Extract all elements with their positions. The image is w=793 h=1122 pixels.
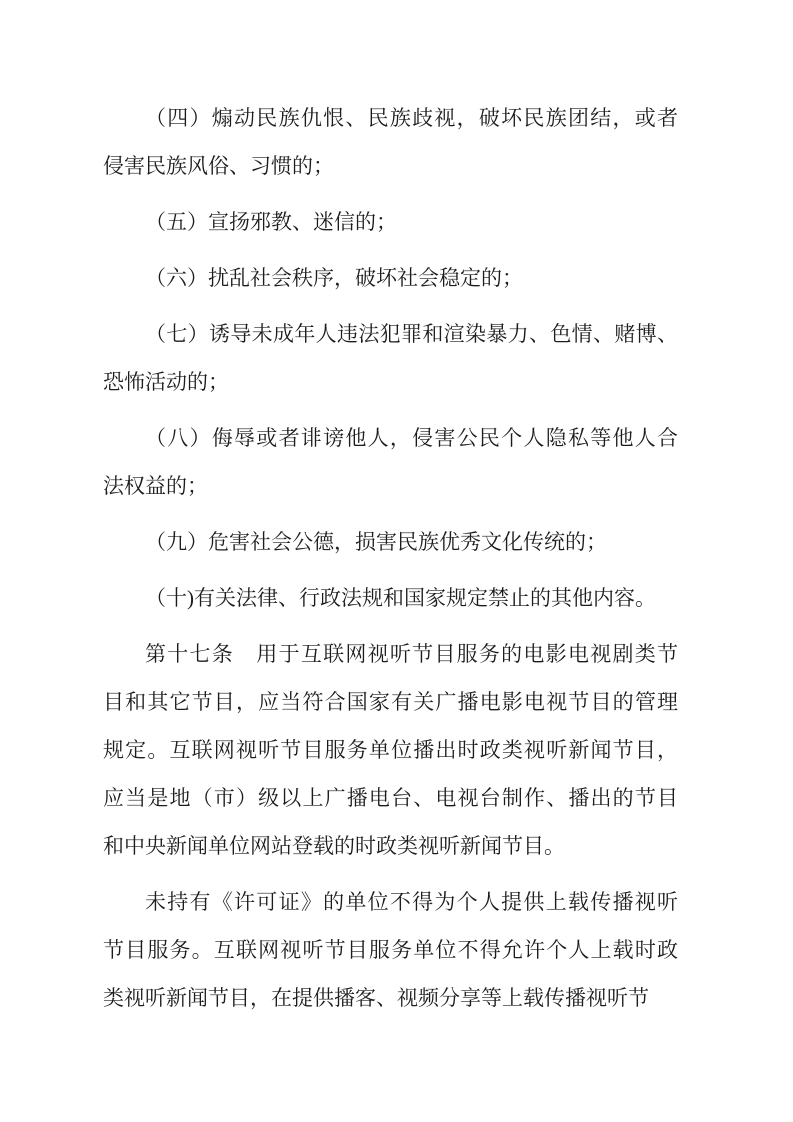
text-line: 节目服务。互联网视听节目服务单位不得允许个人上载时政 [103,926,678,974]
paragraph-clause-5: （五）宣扬邪教、迷信的； [103,198,678,246]
text-line: （八）侮辱或者诽谤他人，侵害公民个人隐私等他人合 [103,414,678,462]
document-body: （四）煽动民族仇恨、民族歧视，破坏民族团结，或者侵害民族风俗、习惯的；（五）宣扬… [103,94,678,1022]
paragraph-clause-7: （七）诱导未成年人违法犯罪和渲染暴力、色情、赌博、恐怖活动的； [103,310,678,406]
text-line: 未持有《许可证》的单位不得为个人提供上载传播视听 [103,878,678,926]
text-line: 恐怖活动的； [103,358,678,406]
paragraph-clause-8: （八）侮辱或者诽谤他人，侵害公民个人隐私等他人合法权益的； [103,414,678,510]
text-line: （五）宣扬邪教、迷信的； [103,198,678,246]
text-line: （四）煽动民族仇恨、民族歧视，破坏民族团结，或者 [103,94,678,142]
paragraph-upload-restriction: 未持有《许可证》的单位不得为个人提供上载传播视听节目服务。互联网视听节目服务单位… [103,878,678,1022]
text-line: 应当是地（市）级以上广播电台、电视台制作、播出的节目 [103,774,678,822]
paragraph-clause-4: （四）煽动民族仇恨、民族歧视，破坏民族团结，或者侵害民族风俗、习惯的； [103,94,678,190]
paragraph-clause-6: （六）扰乱社会秩序，破坏社会稳定的； [103,254,678,302]
text-line: （六）扰乱社会秩序，破坏社会稳定的； [103,254,678,302]
text-line: 侵害民族风俗、习惯的； [103,142,678,190]
text-line: （九）危害社会公德，损害民族优秀文化传统的； [103,518,678,566]
text-line: 和中央新闻单位网站登载的时政类视听新闻节目。 [103,822,678,870]
paragraph-article-17: 第十七条 用于互联网视听节目服务的电影电视剧类节目和其它节目，应当符合国家有关广… [103,630,678,870]
text-line: 第十七条 用于互联网视听节目服务的电影电视剧类节 [103,630,678,678]
text-line: 规定。互联网视听节目服务单位播出时政类视听新闻节目， [103,726,678,774]
paragraph-clause-10: （十)有关法律、行政法规和国家规定禁止的其他内容。 [103,574,678,622]
paragraph-clause-9: （九）危害社会公德，损害民族优秀文化传统的； [103,518,678,566]
text-line: （十)有关法律、行政法规和国家规定禁止的其他内容。 [103,574,678,622]
text-line: （七）诱导未成年人违法犯罪和渲染暴力、色情、赌博、 [103,310,678,358]
text-line: 法权益的； [103,462,678,510]
document-page: （四）煽动民族仇恨、民族歧视，破坏民族团结，或者侵害民族风俗、习惯的；（五）宣扬… [0,0,793,1122]
text-line: 目和其它节目，应当符合国家有关广播电影电视节目的管理 [103,678,678,726]
text-line: 类视听新闻节目，在提供播客、视频分享等上载传播视听节 [103,974,678,1022]
